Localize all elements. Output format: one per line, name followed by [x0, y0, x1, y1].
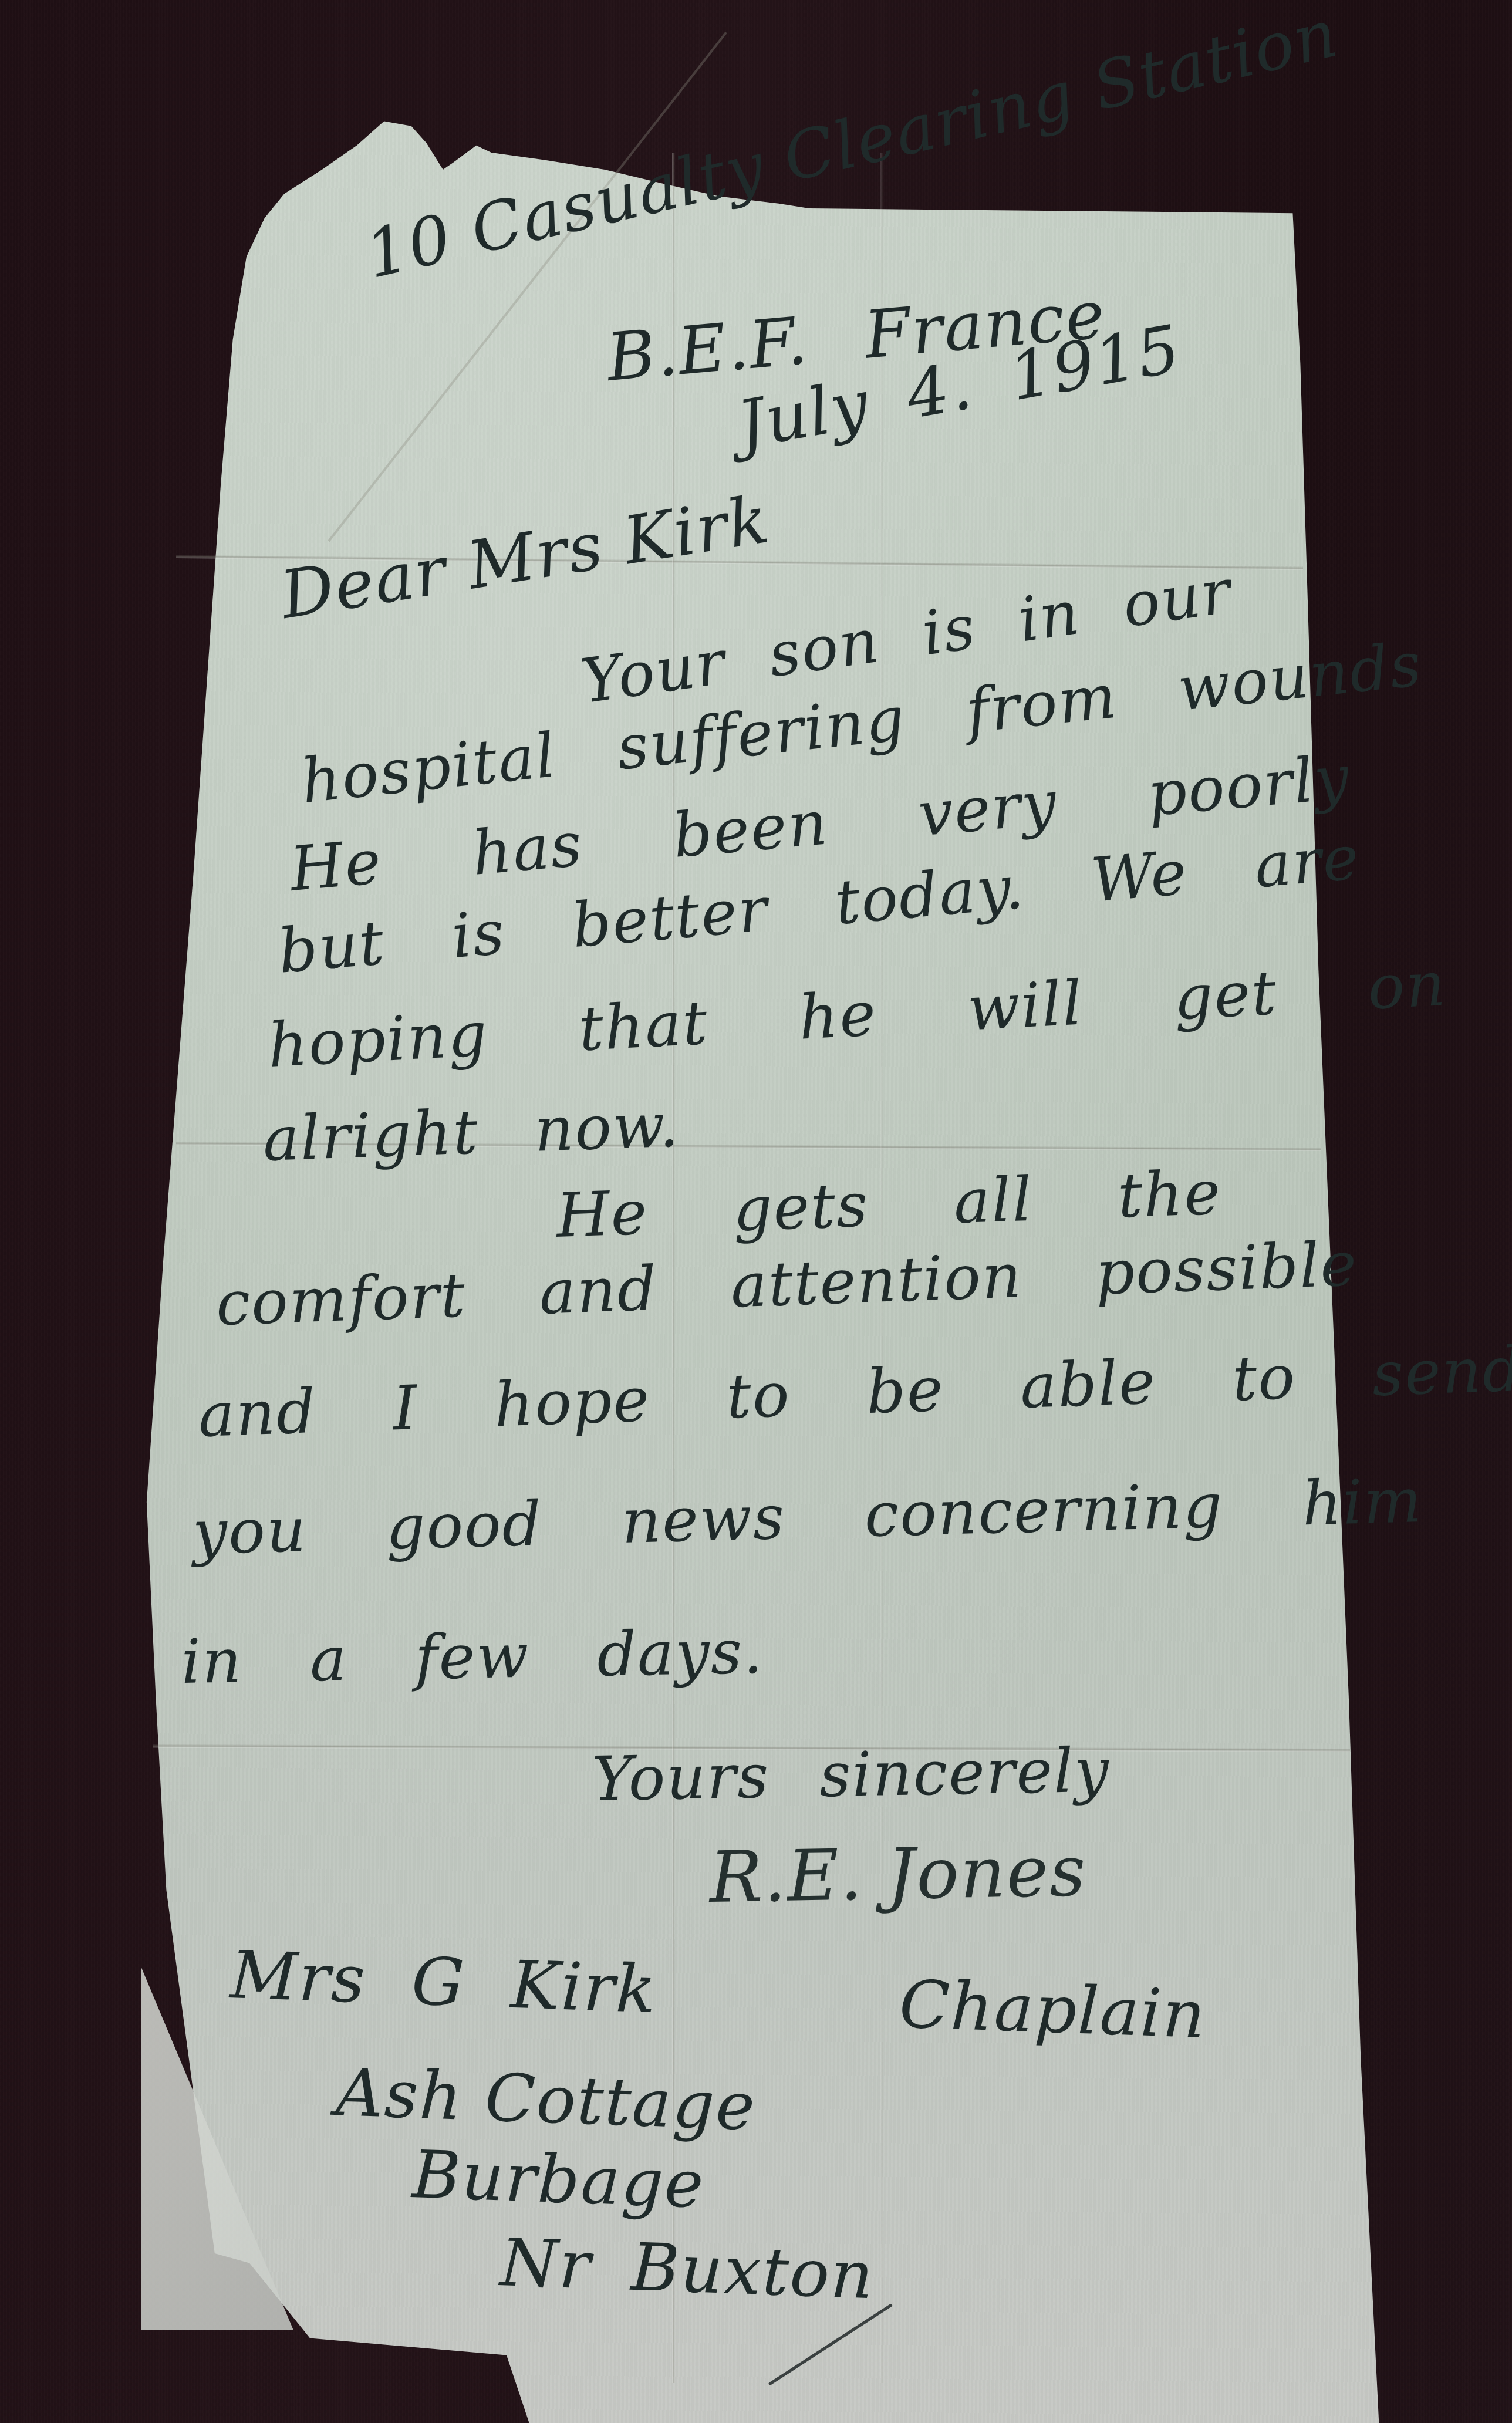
signature: R.E. Jones — [709, 1831, 1088, 1919]
body-line: in a few days. — [181, 1616, 764, 1698]
recipient-address-line: Burbage — [411, 2137, 706, 2223]
signatory-title: Chaplain — [898, 1966, 1207, 2053]
recipient-address-line: Ash Cottage — [335, 2054, 757, 2145]
recipient-address-line: Nr Buxton — [499, 2225, 875, 2314]
recipient-name: Mrs G Kirk — [229, 1937, 658, 2028]
closing: Yours sincerely — [592, 1734, 1111, 1815]
body-line: alright now. — [262, 1089, 681, 1175]
